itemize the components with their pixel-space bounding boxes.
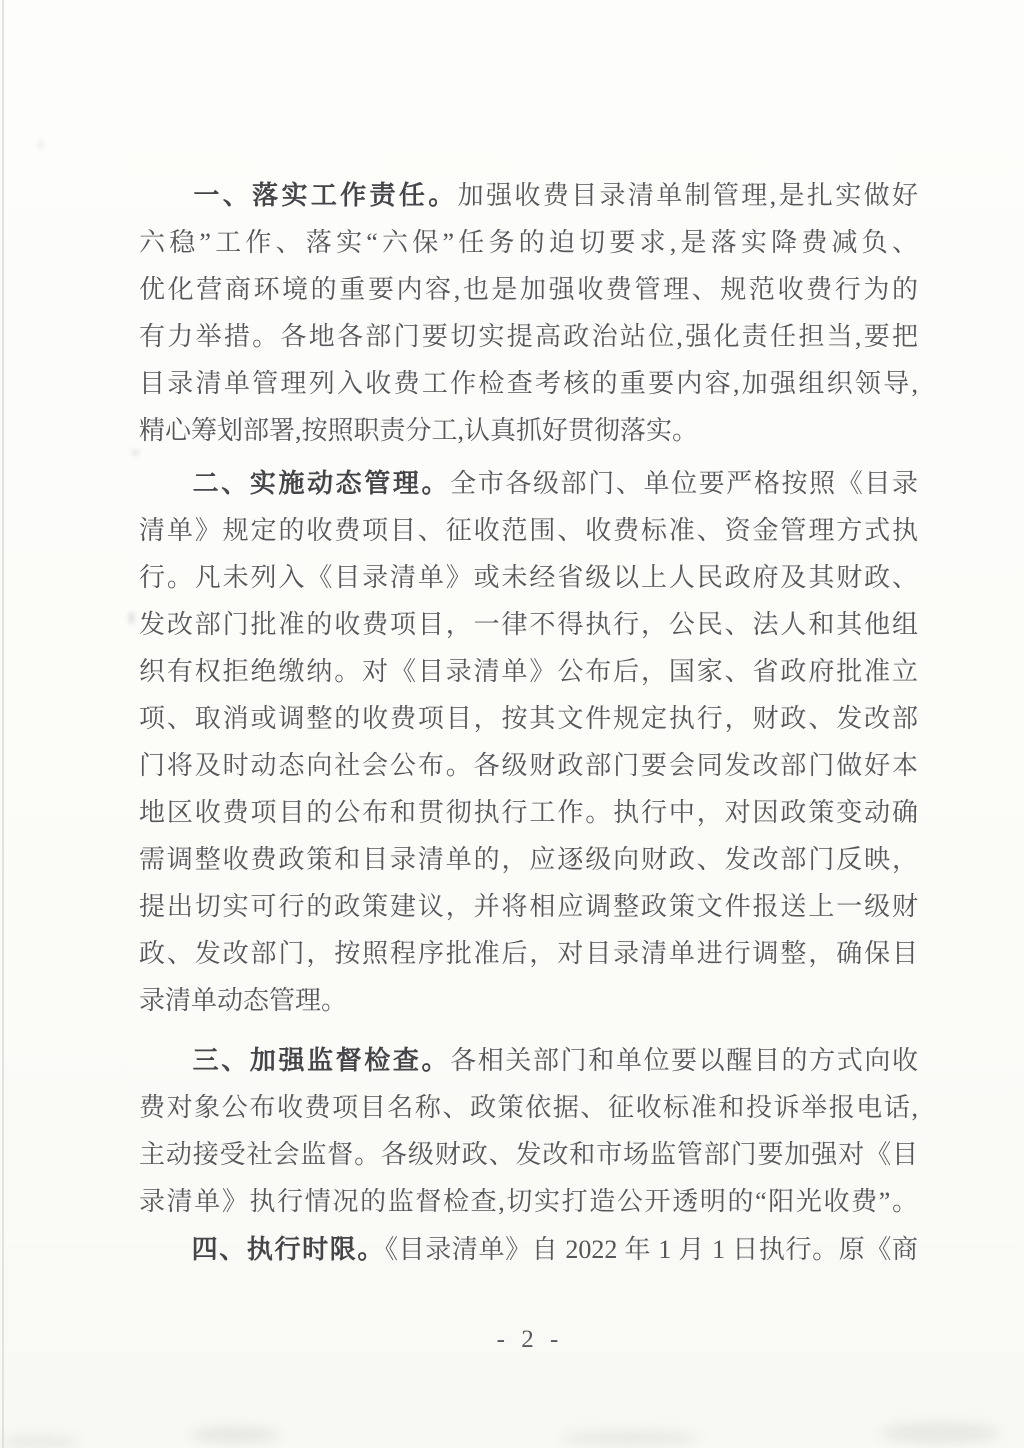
text-line: 发改部门批准的收费项目，一律不得执行，公民、法人和其他组 [139, 601, 918, 648]
line-text: 六稳”工作、落实“六保”任务的迫切要求,是落实降费减负、 [139, 228, 918, 257]
line-text: 各相关部门和单位要以醒目的方式向收 [450, 1046, 918, 1075]
text-line: 二、实施动态管理。全市各级部门、单位要严格按照《目录 [139, 460, 918, 507]
line-text: 《目录清单》自 2022 年 1 月 1 日执行。原《商 [385, 1235, 918, 1264]
text-line: 优化营商环境的重要内容,也是加强收费管理、规范收费行为的 [139, 266, 918, 313]
line-text: 目录清单管理列入收费工作检查考核的重要内容,加强组织领导, [139, 369, 918, 398]
section-heading: 二、实施动态管理。 [191, 468, 450, 498]
scan-smudge [0, 1434, 80, 1448]
page-number: - 2 - [0, 1326, 1024, 1354]
line-text: 录清单》执行情况的监督检查,切实打造公开透明的“阳光收费”。 [139, 1187, 918, 1216]
text-line: 三、加强监督检查。各相关部门和单位要以醒目的方式向收 [139, 1037, 918, 1084]
scan-smudge [560, 1430, 700, 1446]
paragraph: 四、执行时限。《目录清单》自 2022 年 1 月 1 日执行。原《商 [139, 1226, 918, 1273]
text-line: 有力举措。各地各部门要切实提高政治站位,强化责任担当,要把 [139, 313, 918, 360]
line-text: 地区收费项目的公布和贯彻执行工作。执行中，对因政策变动确 [139, 798, 918, 827]
text-line: 目录清单管理列入收费工作检查考核的重要内容,加强组织领导, [139, 360, 918, 407]
line-text: 门将及时动态向社会公布。各级财政部门要会同发改部门做好本 [139, 751, 918, 780]
text-line: 六稳”工作、落实“六保”任务的迫切要求,是落实降费减负、 [139, 219, 918, 266]
text-line: 项、取消或调整的收费项目，按其文件规定执行，财政、发改部 [139, 695, 918, 742]
section-heading: 四、执行时限。 [191, 1234, 385, 1264]
text-line: 录清单动态管理。 [139, 977, 918, 1024]
line-text: 行。凡未列入《目录清单》或未经省级以上人民政府及其财政、 [139, 563, 918, 592]
line-text: 需调整收费政策和目录清单的，应逐级向财政、发改部门反映， [139, 845, 918, 874]
scan-edge-artifact [2, 0, 4, 1448]
line-text: 录清单动态管理。 [139, 986, 347, 1015]
text-line: 地区收费项目的公布和贯彻执行工作。执行中，对因政策变动确 [139, 789, 918, 836]
scan-smudge [880, 1422, 1000, 1444]
line-text: 发改部门批准的收费项目，一律不得执行，公民、法人和其他组 [139, 610, 918, 639]
text-line: 织有权拒绝缴纳。对《目录清单》公布后，国家、省政府批准立 [139, 648, 918, 695]
text-line: 精心筹划部署,按照职责分工,认真抓好贯彻落实。 [139, 407, 918, 454]
text-line: 提出切实可行的政策建议，并将相应调整政策文件报送上一级财 [139, 883, 918, 930]
line-text: 主动接受社会监督。各级财政、发改和市场监管部门要加强对《目 [139, 1140, 918, 1169]
line-text: 有力举措。各地各部门要切实提高政治站位,强化责任担当,要把 [139, 322, 918, 351]
line-text: 加强收费目录清单制管理,是扎实做好 [458, 181, 918, 210]
paragraph: 三、加强监督检查。各相关部门和单位要以醒目的方式向收费对象公布收费项目名称、政策… [139, 1037, 918, 1225]
line-text: 费对象公布收费项目名称、政策依据、征收标准和投诉举报电话, [139, 1093, 918, 1122]
text-line: 录清单》执行情况的监督检查,切实打造公开透明的“阳光收费”。 [139, 1178, 918, 1225]
text-line: 主动接受社会监督。各级财政、发改和市场监管部门要加强对《目 [139, 1131, 918, 1178]
line-text: 精心筹划部署,按照职责分工,认真抓好贯彻落实。 [139, 416, 698, 445]
line-text: 清单》规定的收费项目、征收范围、收费标准、资金管理方式执 [139, 516, 918, 545]
text-line: 需调整收费政策和目录清单的，应逐级向财政、发改部门反映， [139, 836, 918, 883]
text-line: 一、落实工作责任。加强收费目录清单制管理,是扎实做好 [139, 172, 918, 219]
line-text: 政、发改部门，按照程序批准后，对目录清单进行调整，确保目 [139, 939, 918, 968]
section-heading: 一、落实工作责任。 [191, 180, 458, 210]
text-line: 费对象公布收费项目名称、政策依据、征收标准和投诉举报电话, [139, 1084, 918, 1131]
document-body: 一、落实工作责任。加强收费目录清单制管理,是扎实做好六稳”工作、落实“六保”任务… [139, 172, 918, 1273]
text-line: 行。凡未列入《目录清单》或未经省级以上人民政府及其财政、 [139, 554, 918, 601]
scanned-page: 一、落实工作责任。加强收费目录清单制管理,是扎实做好六稳”工作、落实“六保”任务… [0, 0, 1024, 1448]
text-line: 清单》规定的收费项目、征收范围、收费标准、资金管理方式执 [139, 507, 918, 554]
text-line: 四、执行时限。《目录清单》自 2022 年 1 月 1 日执行。原《商 [139, 1226, 918, 1273]
scan-speckle [128, 612, 135, 624]
text-line: 门将及时动态向社会公布。各级财政部门要会同发改部门做好本 [139, 742, 918, 789]
line-text: 优化营商环境的重要内容,也是加强收费管理、规范收费行为的 [139, 275, 918, 304]
section-heading: 三、加强监督检查。 [191, 1045, 450, 1075]
scan-speckle [38, 140, 43, 149]
line-text: 项、取消或调整的收费项目，按其文件规定执行，财政、发改部 [139, 704, 918, 733]
line-text: 提出切实可行的政策建议，并将相应调整政策文件报送上一级财 [139, 892, 918, 921]
text-line: 政、发改部门，按照程序批准后，对目录清单进行调整，确保目 [139, 930, 918, 977]
paragraph: 一、落实工作责任。加强收费目录清单制管理,是扎实做好六稳”工作、落实“六保”任务… [139, 172, 918, 454]
line-text: 全市各级部门、单位要严格按照《目录 [450, 469, 918, 498]
line-text: 织有权拒绝缴纳。对《目录清单》公布后，国家、省政府批准立 [139, 657, 918, 686]
scan-smudge [190, 1426, 280, 1444]
paragraph: 二、实施动态管理。全市各级部门、单位要严格按照《目录清单》规定的收费项目、征收范… [139, 460, 918, 1024]
